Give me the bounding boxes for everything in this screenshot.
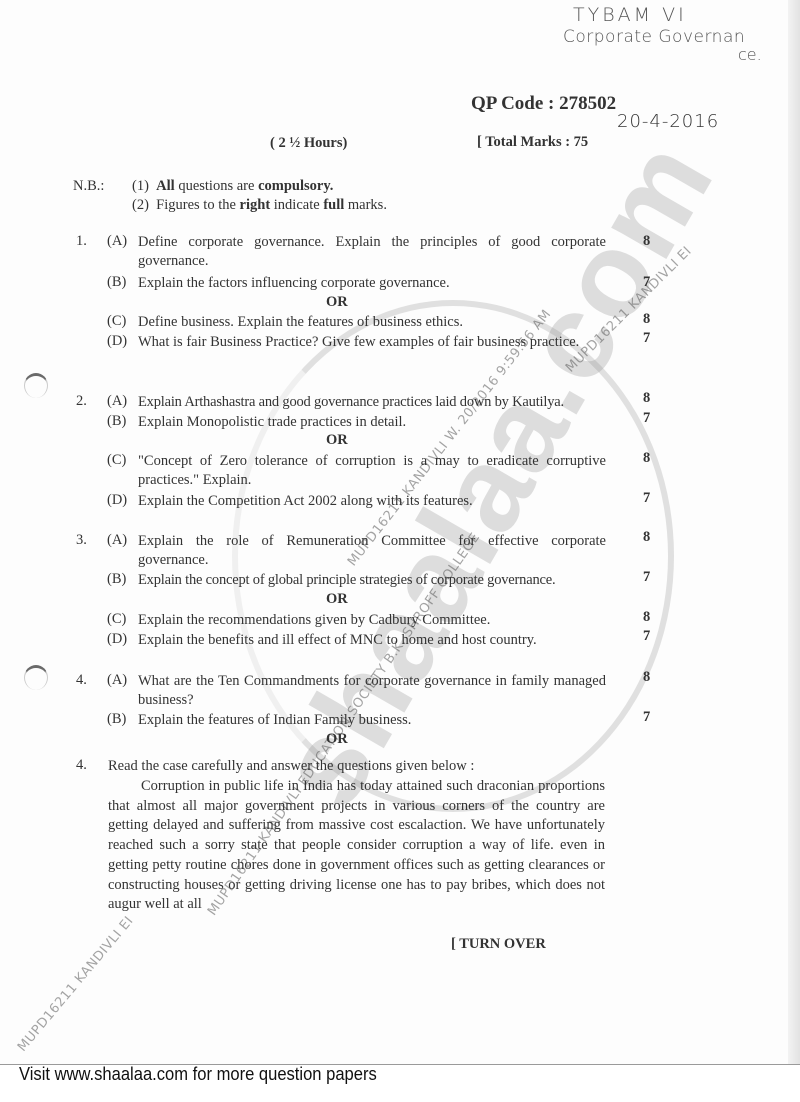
part-label: (A)	[107, 532, 127, 549]
marks: 7	[643, 330, 650, 347]
marks: 7	[643, 628, 650, 645]
question-text: What are the Ten Commandments for corpor…	[138, 672, 606, 710]
instruction-text: marks.	[344, 197, 387, 213]
instruction-bold: All	[156, 178, 175, 194]
part-label: (C)	[107, 611, 126, 628]
handwritten-subject-cont: ce.	[738, 45, 762, 64]
or-separator: OR	[326, 432, 348, 449]
punch-hole	[24, 665, 48, 690]
instruction-number: (2)	[132, 197, 149, 213]
instruction-text: indicate	[270, 197, 323, 213]
marks: 8	[643, 311, 650, 328]
question-text: Explain the benefits and ill effect of M…	[138, 631, 606, 650]
marks: 8	[643, 669, 650, 686]
marks: 7	[643, 709, 650, 726]
question-text: Explain the Competition Act 2002 along w…	[138, 492, 606, 511]
punch-hole	[24, 373, 48, 398]
or-separator: OR	[326, 294, 348, 311]
marks: 8	[643, 609, 650, 626]
part-label: (D)	[107, 333, 127, 350]
question-text: What is fair Business Practice? Give few…	[138, 333, 606, 352]
scan-edge	[788, 0, 800, 1065]
question-text: Explain the concept of global principle …	[138, 571, 608, 590]
instruction-1: (1) All questions are compulsory.	[132, 178, 333, 195]
part-label: (D)	[107, 631, 127, 648]
or-separator: OR	[326, 591, 348, 608]
question-number: 1.	[76, 233, 87, 250]
part-label: (C)	[107, 313, 126, 330]
instruction-number: (1)	[132, 178, 149, 194]
question-text: Explain Arthashastra and good governance…	[138, 393, 608, 412]
question-text: Define corporate governance. Explain the…	[138, 233, 606, 271]
handwritten-course: TYBAM VI	[573, 4, 687, 26]
question-text: Explain the factors influencing corporat…	[138, 274, 606, 293]
instruction-2: (2) Figures to the right indicate full m…	[132, 197, 387, 214]
part-label: (B)	[107, 413, 126, 430]
part-label: (D)	[107, 492, 127, 509]
question-text: "Concept of Zero tolerance of corruption…	[138, 452, 606, 490]
total-marks: [ Total Marks : 75	[477, 134, 588, 151]
question-number: 3.	[76, 532, 87, 549]
exam-duration: ( 2 ½ Hours)	[270, 135, 347, 152]
qp-code: QP Code : 278502	[471, 93, 616, 115]
marks: 7	[643, 569, 650, 586]
part-label: (C)	[107, 452, 126, 469]
instruction-bold: right	[240, 197, 271, 213]
or-separator: OR	[326, 731, 348, 748]
case-study-text: Corruption in public life in India has t…	[108, 777, 605, 915]
part-label: (B)	[107, 274, 126, 291]
part-label: (A)	[107, 672, 127, 689]
part-label: (B)	[107, 711, 126, 728]
instruction-text: questions are	[175, 178, 258, 194]
question-text: Explain the recommendations given by Cad…	[138, 611, 606, 630]
instruction-bold: full	[323, 197, 344, 213]
marks: 8	[643, 450, 650, 467]
question-text: Explain the features of Indian Family bu…	[138, 711, 606, 730]
handwritten-date: 20-4-2016	[617, 111, 719, 132]
handwritten-subject: Corporate Governan	[563, 27, 745, 47]
question-text: Explain the role of Remuneration Committ…	[138, 532, 606, 570]
question-number: 2.	[76, 393, 87, 410]
marks: 8	[643, 233, 650, 250]
instruction-bold: compulsory.	[258, 178, 333, 194]
question-text: Explain Monopolistic trade practices in …	[138, 413, 606, 432]
marks: 7	[643, 490, 650, 507]
part-label: (B)	[107, 571, 126, 588]
turn-over: [ TURN OVER	[451, 936, 546, 953]
part-label: (A)	[107, 233, 127, 250]
marks: 8	[643, 529, 650, 546]
question-number: 4.	[76, 672, 87, 689]
nb-label: N.B.:	[73, 178, 104, 195]
instruction-text: Figures to the	[156, 197, 239, 213]
question-text: Define business. Explain the features of…	[138, 313, 606, 332]
marks: 7	[643, 274, 650, 291]
marks: 7	[643, 410, 650, 427]
marks: 8	[643, 390, 650, 407]
case-intro: Read the case carefully and answer the q…	[108, 757, 608, 776]
question-number: 4.	[76, 757, 87, 774]
footer-link-text[interactable]: Visit www.shaalaa.com for more question …	[19, 1064, 377, 1085]
part-label: (A)	[107, 393, 127, 410]
